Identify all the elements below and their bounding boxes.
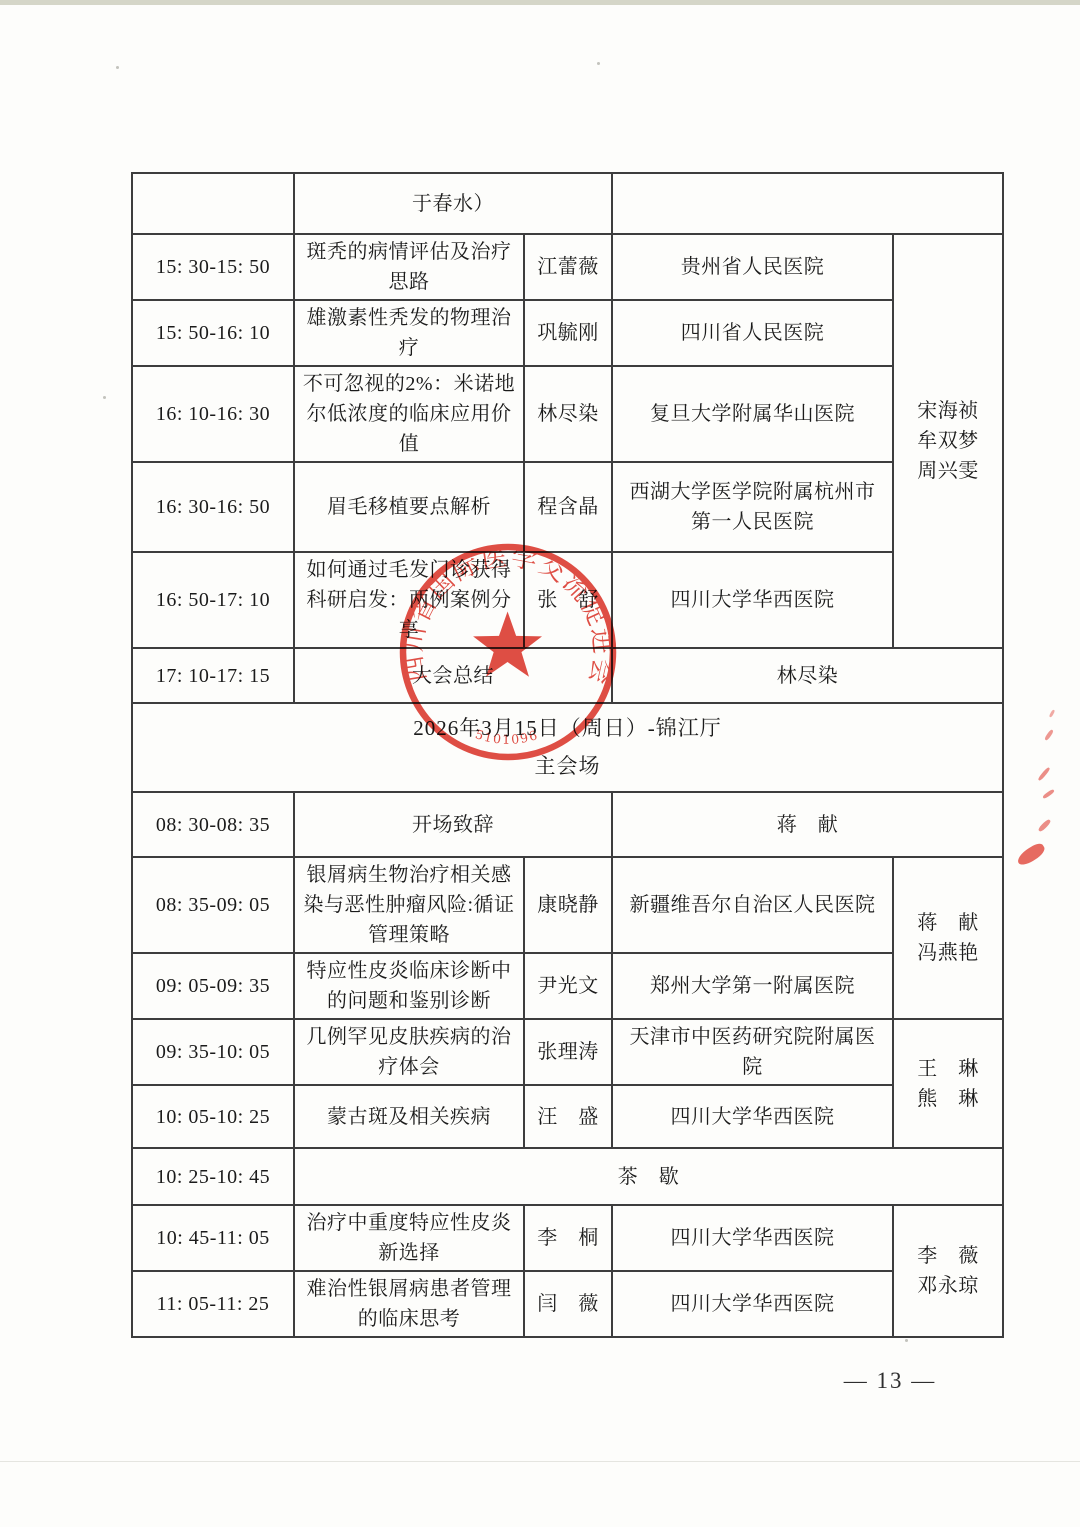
- speaker-cell: 张 舒: [524, 552, 612, 648]
- table-row: 11: 05-11: 25 难治性银屑病患者管理的临床思考 闫 薇 四川大学华西…: [132, 1271, 1003, 1337]
- topic-cell: 不可忽视的2%：米诺地尔低浓度的临床应用价值: [294, 366, 524, 462]
- table-row: 10: 25-10: 45 茶 歇: [132, 1148, 1003, 1205]
- moderator-name: 邓永琼: [901, 1271, 995, 1301]
- time-cell: 09: 05-09: 35: [132, 953, 294, 1019]
- day2-section-header: 2026年3月15日（周日）-锦江厅 主会场: [132, 703, 1003, 792]
- moderators-cell: 蒋 献 冯燕艳: [893, 857, 1003, 1019]
- moderator-name: 宋海祯: [901, 396, 995, 426]
- affiliation-cell: 贵州省人民医院: [612, 234, 893, 300]
- table-row: 16: 10-16: 30 不可忽视的2%：米诺地尔低浓度的临床应用价值 林尽染…: [132, 366, 1003, 462]
- time-cell: 16: 10-16: 30: [132, 366, 294, 462]
- carryover-topic-cell: 于春水）: [294, 173, 612, 234]
- opening-person-cell: 蒋 献: [612, 792, 1003, 857]
- time-cell: 16: 50-17: 10: [132, 552, 294, 648]
- affiliation-cell: 四川大学华西医院: [612, 1271, 893, 1337]
- affiliation-cell: 新疆维吾尔自治区人民医院: [612, 857, 893, 953]
- closing-person-cell: 林尽染: [612, 648, 1003, 703]
- speaker-cell: 尹光文: [524, 953, 612, 1019]
- table-row: 16: 30-16: 50 眉毛移植要点解析 程含晶 西湖大学医学院附属杭州市第…: [132, 462, 1003, 552]
- moderator-name: 周兴雯: [901, 456, 995, 486]
- moderator-name: 牟双梦: [901, 426, 995, 456]
- red-ink-artifact: [1044, 729, 1054, 741]
- moderator-name: 李 薇: [901, 1241, 995, 1271]
- table-row: 09: 05-09: 35 特应性皮炎临床诊断中的问题和鉴别诊断 尹光文 郑州大…: [132, 953, 1003, 1019]
- affiliation-cell: 天津市中医药研究院附属医院: [612, 1019, 893, 1085]
- scan-edge-artifact: [0, 0, 1080, 5]
- moderator-name: 王 琳: [901, 1054, 995, 1084]
- scanned-program-page: 于春水） 15: 30-15: 50 斑秃的病情评估及治疗思路 江蕾薇 贵州省人…: [0, 0, 1080, 1527]
- topic-cell: 眉毛移植要点解析: [294, 462, 524, 552]
- scan-speck: [905, 1339, 908, 1342]
- table-row: 08: 35-09: 05 银屑病生物治疗相关感染与恶性肿瘤风险:循证管理策略 …: [132, 857, 1003, 953]
- affiliation-cell: 四川大学华西医院: [612, 1085, 893, 1148]
- scan-speck: [116, 66, 119, 69]
- red-ink-artifact: [1042, 789, 1055, 800]
- empty-cell: [612, 173, 1003, 234]
- day2-hall-label: 主会场: [140, 751, 995, 783]
- speaker-cell: 闫 薇: [524, 1271, 612, 1337]
- topic-cell: 难治性银屑病患者管理的临床思考: [294, 1271, 524, 1337]
- time-cell: 10: 45-11: 05: [132, 1205, 294, 1271]
- moderators-cell: 王 琳 熊 琳: [893, 1019, 1003, 1148]
- moderator-name: 冯燕艳: [901, 938, 995, 968]
- speaker-cell: 康晓静: [524, 857, 612, 953]
- time-cell: 17: 10-17: 15: [132, 648, 294, 703]
- time-cell: 16: 30-16: 50: [132, 462, 294, 552]
- speaker-cell: 程含晶: [524, 462, 612, 552]
- table-row: 2026年3月15日（周日）-锦江厅 主会场: [132, 703, 1003, 792]
- time-cell: 15: 50-16: 10: [132, 300, 294, 366]
- time-cell: 10: 25-10: 45: [132, 1148, 294, 1205]
- topic-cell: 雄激素性秃发的物理治疗: [294, 300, 524, 366]
- moderators-cell: 李 薇 邓永琼: [893, 1205, 1003, 1337]
- table-row: 10: 05-10: 25 蒙古斑及相关疾病 汪 盛 四川大学华西医院: [132, 1085, 1003, 1148]
- table-row: 10: 45-11: 05 治疗中重度特应性皮炎新选择 李 桐 四川大学华西医院…: [132, 1205, 1003, 1271]
- affiliation-cell: 郑州大学第一附属医院: [612, 953, 893, 1019]
- topic-cell: 银屑病生物治疗相关感染与恶性肿瘤风险:循证管理策略: [294, 857, 524, 953]
- time-cell: 10: 05-10: 25: [132, 1085, 294, 1148]
- moderator-name: 熊 琳: [901, 1084, 995, 1114]
- topic-cell: 几例罕见皮肤疾病的治疗体会: [294, 1019, 524, 1085]
- topic-cell: 蒙古斑及相关疾病: [294, 1085, 524, 1148]
- topic-cell: 斑秃的病情评估及治疗思路: [294, 234, 524, 300]
- speaker-cell: 张理涛: [524, 1019, 612, 1085]
- time-cell: 11: 05-11: 25: [132, 1271, 294, 1337]
- speaker-cell: 汪 盛: [524, 1085, 612, 1148]
- time-cell: 08: 35-09: 05: [132, 857, 294, 953]
- speaker-cell: 江蕾薇: [524, 234, 612, 300]
- table-row: 15: 50-16: 10 雄激素性秃发的物理治疗 巩毓刚 四川省人民医院: [132, 300, 1003, 366]
- closing-title-cell: 大会总结: [294, 648, 612, 703]
- speaker-cell: 李 桐: [524, 1205, 612, 1271]
- speaker-cell: 林尽染: [524, 366, 612, 462]
- table-row: 15: 30-15: 50 斑秃的病情评估及治疗思路 江蕾薇 贵州省人民医院 宋…: [132, 234, 1003, 300]
- topic-cell: 如何通过毛发门诊获得科研启发：两例案例分享: [294, 552, 524, 648]
- scan-edge-artifact: [0, 1461, 1080, 1462]
- time-cell-empty: [132, 173, 294, 234]
- moderator-name: 蒋 献: [901, 908, 995, 938]
- table-row: 08: 30-08: 35 开场致辞 蒋 献: [132, 792, 1003, 857]
- red-ink-artifact: [1015, 841, 1047, 868]
- topic-cell: 治疗中重度特应性皮炎新选择: [294, 1205, 524, 1271]
- affiliation-cell: 西湖大学医学院附属杭州市第一人民医院: [612, 462, 893, 552]
- affiliation-cell: 复旦大学附属华山医院: [612, 366, 893, 462]
- time-cell: 08: 30-08: 35: [132, 792, 294, 857]
- time-cell: 15: 30-15: 50: [132, 234, 294, 300]
- affiliation-cell: 四川大学华西医院: [612, 1205, 893, 1271]
- affiliation-cell: 四川省人民医院: [612, 300, 893, 366]
- scan-speck: [597, 62, 600, 65]
- table-row: 09: 35-10: 05 几例罕见皮肤疾病的治疗体会 张理涛 天津市中医药研究…: [132, 1019, 1003, 1085]
- opening-title-cell: 开场致辞: [294, 792, 612, 857]
- table-row: 于春水）: [132, 173, 1003, 234]
- red-ink-artifact: [1037, 767, 1050, 782]
- red-ink-artifact: [1037, 818, 1051, 832]
- red-ink-artifact: [1049, 709, 1056, 717]
- day2-date-venue: 2026年3月15日（周日）-锦江厅: [140, 713, 995, 745]
- speaker-cell: 巩毓刚: [524, 300, 612, 366]
- moderators-cell: 宋海祯 牟双梦 周兴雯: [893, 234, 1003, 648]
- tea-break-cell: 茶 歇: [294, 1148, 1003, 1205]
- topic-cell: 特应性皮炎临床诊断中的问题和鉴别诊断: [294, 953, 524, 1019]
- table-row: 16: 50-17: 10 如何通过毛发门诊获得科研启发：两例案例分享 张 舒 …: [132, 552, 1003, 648]
- time-cell: 09: 35-10: 05: [132, 1019, 294, 1085]
- conference-schedule-table: 于春水） 15: 30-15: 50 斑秃的病情评估及治疗思路 江蕾薇 贵州省人…: [131, 172, 1004, 1338]
- scan-speck: [103, 396, 106, 399]
- affiliation-cell: 四川大学华西医院: [612, 552, 893, 648]
- page-number: — 13 —: [810, 1368, 970, 1394]
- table-row: 17: 10-17: 15 大会总结 林尽染: [132, 648, 1003, 703]
